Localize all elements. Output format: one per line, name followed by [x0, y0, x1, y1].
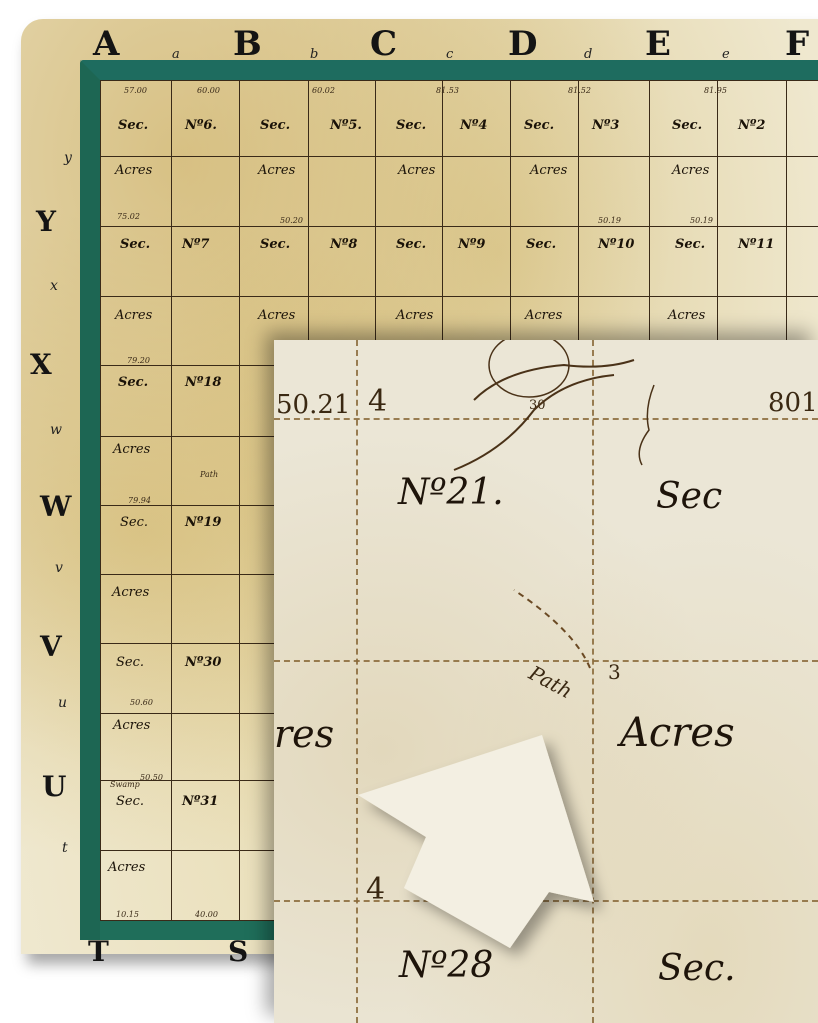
- section-label: Nº10: [598, 237, 634, 252]
- row-sub-letter: w: [50, 422, 62, 438]
- grid-line-horizontal: [100, 226, 818, 227]
- inset-survey-number: 4: [368, 384, 387, 419]
- grid-line-horizontal: [100, 80, 818, 81]
- survey-note: 75.02: [117, 212, 140, 221]
- section-label: Nº19: [185, 515, 221, 530]
- section-label: Nº5.: [330, 118, 362, 133]
- inset-section-label: Sec.: [658, 948, 736, 989]
- grid-line-vertical: [239, 80, 240, 920]
- row-sub-letter: v: [55, 560, 63, 576]
- column-letter: A: [93, 24, 119, 64]
- section-label: Acres: [113, 442, 150, 457]
- section-label: Nº9: [458, 237, 485, 252]
- inset-section-label: res: [274, 712, 334, 756]
- column-letter: B: [233, 24, 262, 64]
- inset-survey-number: 801: [768, 388, 818, 418]
- section-label: Acres: [258, 163, 295, 178]
- section-label: Acres: [525, 308, 562, 323]
- section-label: Sec.: [120, 515, 148, 530]
- section-label: Nº31: [182, 794, 218, 809]
- section-label: Sec.: [524, 118, 554, 133]
- section-label: Sec.: [260, 237, 290, 252]
- grid-line-horizontal: [100, 156, 818, 157]
- row-letter: W: [40, 490, 71, 523]
- section-label: Sec.: [118, 375, 148, 390]
- grid-line-vertical: [100, 80, 101, 920]
- survey-note: 81.52: [568, 86, 591, 95]
- survey-note: 60.00: [197, 86, 220, 95]
- survey-note: 50.19: [690, 216, 713, 225]
- survey-note: 50.50: [140, 773, 163, 782]
- section-label: Acres: [115, 308, 152, 323]
- survey-note: 60.02: [312, 86, 335, 95]
- inset-survey-number: 4: [366, 872, 385, 907]
- section-label: Nº2: [738, 118, 765, 133]
- inset-section-label: Nº21.: [398, 472, 504, 513]
- survey-note: 50.19: [598, 216, 621, 225]
- row-letter: X: [30, 348, 52, 381]
- section-label: Sec.: [675, 237, 705, 252]
- row-sub-letter: t: [62, 840, 68, 856]
- survey-note: 79.94: [128, 496, 151, 505]
- survey-note: Swamp: [110, 780, 140, 789]
- section-label: Acres: [108, 860, 145, 875]
- row-sub-letter: y: [64, 150, 72, 166]
- column-letter: D: [508, 24, 537, 64]
- row-letter: V: [40, 630, 62, 663]
- section-label: Sec.: [396, 118, 426, 133]
- column-sub-letter: d: [584, 47, 592, 62]
- section-label: Acres: [668, 308, 705, 323]
- section-label: Nº7: [182, 237, 209, 252]
- survey-note: 50.60: [130, 698, 153, 707]
- inset-survey-number: 3: [608, 660, 621, 684]
- section-label: Sec.: [672, 118, 702, 133]
- section-label: Nº18: [185, 375, 221, 390]
- column-letter: F: [785, 24, 809, 64]
- section-label: Acres: [115, 163, 152, 178]
- row-letter: Y: [36, 205, 56, 238]
- magnified-inset: 50.2148013034Nº21.SecresAcresNº28Sec.Pat…: [274, 340, 818, 1023]
- section-label: Sec.: [118, 118, 148, 133]
- inset-survey-number: 50.21: [276, 390, 350, 420]
- section-label: Acres: [672, 163, 709, 178]
- section-label: Acres: [112, 585, 149, 600]
- inset-section-label: Acres: [620, 710, 735, 756]
- section-label: Acres: [396, 308, 433, 323]
- row-sub-letter: u: [58, 695, 67, 711]
- grid-line-vertical: [171, 80, 172, 920]
- survey-note: 79.20: [127, 356, 150, 365]
- section-label: Sec.: [116, 794, 144, 809]
- grid-line-horizontal: [100, 296, 818, 297]
- survey-note: 10.15: [116, 910, 139, 919]
- inset-section-label: Nº28: [399, 945, 493, 986]
- row-sub-letter: x: [50, 278, 58, 294]
- row-letter: U: [42, 770, 66, 803]
- survey-note: 81.95: [704, 86, 727, 95]
- survey-note: 81.53: [436, 86, 459, 95]
- section-label: Nº4: [460, 118, 487, 133]
- section-label: Acres: [530, 163, 567, 178]
- survey-note: Path: [200, 470, 218, 479]
- section-label: Sec.: [116, 655, 144, 670]
- survey-note: 40.00: [195, 910, 218, 919]
- section-label: Sec.: [120, 237, 150, 252]
- survey-note: 50.20: [280, 216, 303, 225]
- section-label: Nº8: [330, 237, 357, 252]
- section-label: Acres: [398, 163, 435, 178]
- section-label: Nº30: [185, 655, 221, 670]
- inset-path-label: Path: [525, 661, 576, 704]
- section-label: Acres: [258, 308, 295, 323]
- section-label: Nº11: [738, 237, 774, 252]
- section-label: Sec.: [526, 237, 556, 252]
- survey-note: 57.00: [124, 86, 147, 95]
- inset-grid-line-vertical: [356, 340, 358, 1023]
- column-letter: E: [645, 24, 671, 64]
- section-label: Acres: [113, 718, 150, 733]
- column-sub-letter: a: [172, 47, 180, 62]
- inset-section-label: Sec: [656, 476, 722, 517]
- section-label: Nº6.: [185, 118, 217, 133]
- section-label: Sec.: [260, 118, 290, 133]
- column-letter: C: [370, 24, 397, 64]
- inset-survey-number: 30: [529, 398, 546, 413]
- row-letter: T: [88, 935, 109, 968]
- inset-grid-line-vertical: [592, 340, 594, 1023]
- row-letter: S: [228, 935, 248, 968]
- section-label: Sec.: [396, 237, 426, 252]
- column-sub-letter: b: [310, 47, 318, 62]
- column-sub-letter: c: [446, 47, 453, 62]
- column-sub-letter: e: [722, 47, 730, 62]
- section-label: Nº3: [592, 118, 619, 133]
